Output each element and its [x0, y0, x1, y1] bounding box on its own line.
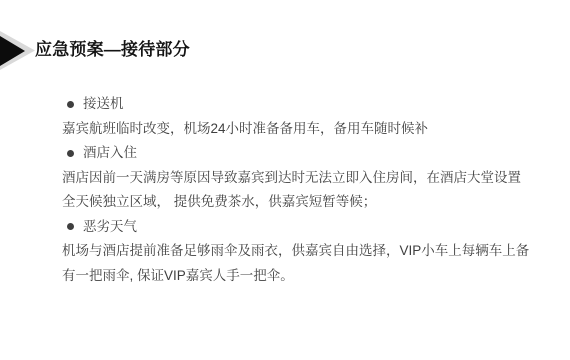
body-text-line: 机场与酒店提前准备足够雨伞及雨衣，供嘉宾自由选择，VIP小车上每辆车上备 [62, 239, 529, 264]
bullet-dot-icon [67, 150, 74, 157]
bullet-header: 酒店入住 [83, 141, 137, 166]
title-arrow-decoration [0, 0, 40, 80]
body-text-line: 有一把雨伞, 保证VIP嘉宾人手一把伞。 [62, 264, 529, 289]
body-text-line: 酒店因前一天满房等原因导致嘉宾到达时无法立即入住房间，在酒店大堂设置 [62, 166, 529, 191]
bullet-dot-icon [67, 101, 74, 108]
bullet-header: 恶劣天气 [83, 215, 137, 240]
slide-canvas: 应急预案—接待部分 接送机 嘉宾航班临时改变，机场24小时准备备用车，备用车随时… [0, 0, 570, 360]
bullet-dot-icon [67, 223, 74, 230]
bullet-header: 接送机 [83, 92, 124, 117]
bullet-item-hotel-checkin: 酒店入住 [62, 141, 529, 166]
body-text-line: 全天候独立区域， 提供免费茶水，供嘉宾短暂等候； [62, 190, 529, 215]
slide-title: 应急预案—接待部分 [35, 41, 190, 59]
body-text-line: 嘉宾航班临时改变，机场24小时准备备用车，备用车随时候补 [62, 117, 529, 142]
bullet-item-bad-weather: 恶劣天气 [62, 215, 529, 240]
bullet-item-airport-transfer: 接送机 [62, 92, 529, 117]
slide-body: 接送机 嘉宾航班临时改变，机场24小时准备备用车，备用车随时候补 酒店入住 酒店… [62, 92, 529, 288]
